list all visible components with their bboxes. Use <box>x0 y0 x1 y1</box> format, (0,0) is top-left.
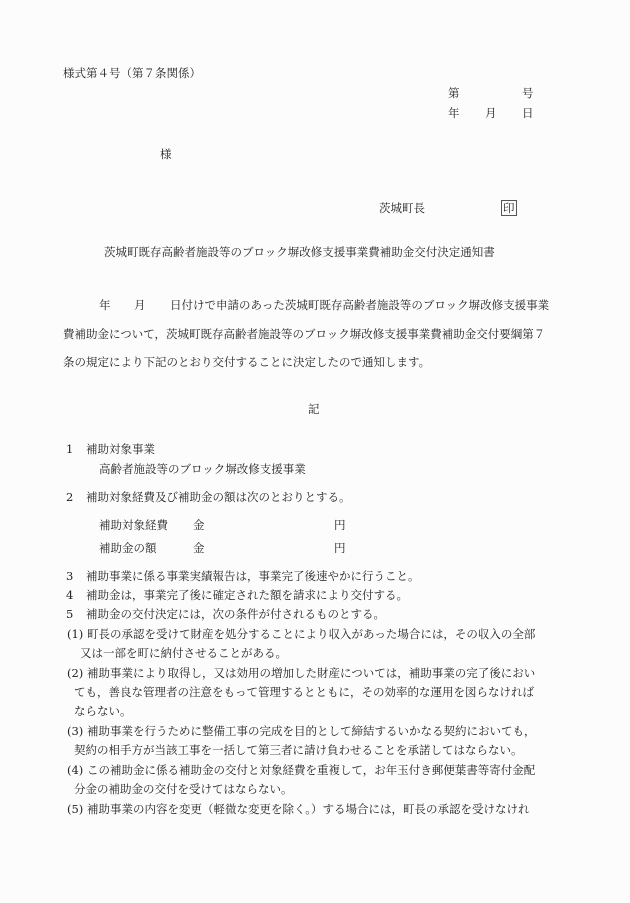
condition-line: 補助事業の内容を変更（軽微な変更を除く。）する場合には，町長の承認を受けなけれ <box>87 802 530 816</box>
condition-number: (5) <box>67 802 83 816</box>
amount-label: 補助金の額 <box>99 541 157 555</box>
amount-unit: 円 <box>334 541 346 555</box>
condition-line: 補助事業を行うために整備工事の完成を目的として締結するいかなる契約においても， <box>87 724 536 738</box>
seal-mark: 印 <box>501 200 517 216</box>
date-year: 年 <box>448 106 460 120</box>
item-number: 1 <box>66 442 73 456</box>
item-text: 補助対象経費及び補助金の額は次のとおりとする。 <box>86 490 351 504</box>
condition-number: (1) <box>67 627 83 641</box>
condition-number: (2) <box>67 666 83 680</box>
addressee-honorific: 様 <box>160 147 172 161</box>
condition-line: ならない。 <box>74 704 132 718</box>
condition-line: 分金の補助金の交付を受けてはならない。 <box>74 782 293 796</box>
issuer-name: 茨城町長 <box>379 201 425 215</box>
item-text: 補助金の交付決定には，次の条件が付されるものとする。 <box>86 607 385 621</box>
condition-line: この補助金に係る補助金の交付と対象経費を重複して，お年玉付き郵便葉書等寄付金配 <box>87 763 535 777</box>
item-number: 5 <box>66 607 73 621</box>
amount-prefix: 金 <box>193 541 205 555</box>
item-text: 補助事業に係る事業実績報告は，事業完了後速やかに行うこと。 <box>86 569 420 583</box>
body-line-2: 費補助金について，茨城町既存高齢者施設等のブロック塀改修支援事業費補助金交付要綱… <box>63 327 545 341</box>
document-title: 茨城町既存高齢者施設等のブロック塀改修支援事業費補助金交付決定通知書 <box>104 245 495 259</box>
condition-line: 町長の承認を受けて財産を処分することにより収入があった場合には，その収入の全部 <box>87 627 535 641</box>
condition-number: (4) <box>67 763 83 777</box>
body-date-month: 月 <box>134 298 146 312</box>
item-subtext: 高齢者施設等のブロック塀改修支援事業 <box>99 462 306 476</box>
body-date-year: 年 <box>99 298 111 312</box>
condition-line: 又は一部を町に納付させることがある。 <box>80 646 287 660</box>
document-number-suffix: 号 <box>522 86 534 100</box>
condition-line: ても，善良な管理者の注意をもって管理するとともに，その効率的な運用を図らなければ <box>74 685 534 699</box>
amount-unit: 円 <box>334 518 346 532</box>
form-label: 様式第４号（第７条関係） <box>63 66 201 80</box>
document-number-prefix: 第 <box>448 86 460 100</box>
seal-icon: 印 <box>501 200 517 216</box>
date-day: 日 <box>522 106 534 120</box>
date-month: 月 <box>485 106 497 120</box>
condition-number: (3) <box>67 724 83 738</box>
body-line-3: 条の規定により下記のとおり交付することに決定したので通知します。 <box>63 355 430 369</box>
item-text: 補助対象事業 <box>86 442 155 456</box>
condition-line: 補助事業により取得し，又は効用の増加した財産については，補助事業の完了後におい <box>87 666 535 680</box>
body-line-1: 日付けで申請のあった茨城町既存高齢者施設等のブロック塀改修支援事業 <box>170 298 549 312</box>
condition-line: 契約の相手方が当該工事を一括して第三者に請け負わせることを承諾してはならない。 <box>74 743 523 757</box>
item-number: 4 <box>66 588 73 602</box>
amount-label: 補助対象経費 <box>99 518 168 532</box>
amount-prefix: 金 <box>193 518 205 532</box>
item-text: 補助金は，事業完了後に確定された額を請求により交付する。 <box>86 588 408 602</box>
item-number: 3 <box>66 569 73 583</box>
ki-heading: 記 <box>308 402 320 416</box>
item-number: 2 <box>66 490 73 504</box>
